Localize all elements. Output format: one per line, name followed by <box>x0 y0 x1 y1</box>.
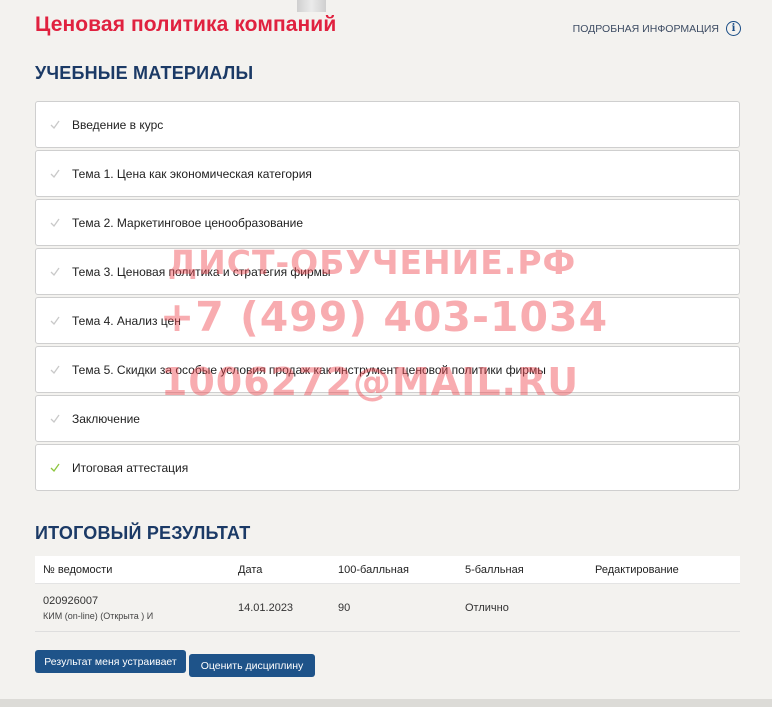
check-icon <box>50 267 60 277</box>
materials-heading: УЧЕБНЫЕ МАТЕРИАЛЫ <box>35 63 253 84</box>
material-label: Итоговая аттестация <box>72 461 188 475</box>
column-header-doc-no: № ведомости <box>35 556 230 584</box>
column-header-score5: 5-балльная <box>457 556 587 584</box>
doc-number: 020926007 <box>43 595 230 607</box>
doc-type: КИМ (on-line) (Открыта ) И <box>43 611 230 621</box>
table-row: 020926007 КИМ (on-line) (Открыта ) И 14.… <box>35 584 740 632</box>
footer-bar <box>0 699 772 707</box>
check-icon <box>50 169 60 179</box>
material-label: Тема 2. Маркетинговое ценообразование <box>72 216 303 230</box>
check-icon <box>50 414 60 424</box>
material-item[interactable]: Тема 1. Цена как экономическая категория <box>35 150 740 197</box>
material-item[interactable]: Тема 2. Маркетинговое ценообразование <box>35 199 740 246</box>
column-header-score100: 100-балльная <box>330 556 457 584</box>
material-item[interactable]: Введение в курс <box>35 101 740 148</box>
material-item[interactable]: Тема 4. Анализ цен <box>35 297 740 344</box>
avatar-thumbnail <box>297 0 326 12</box>
info-icon: i <box>726 21 741 36</box>
material-label: Тема 5. Скидки за особые условия продаж … <box>72 363 546 377</box>
cell-date: 14.01.2023 <box>230 584 330 632</box>
check-icon <box>50 120 60 130</box>
material-item[interactable]: Заключение <box>35 395 740 442</box>
material-item[interactable]: Итоговая аттестация <box>35 444 740 491</box>
materials-list: Введение в курсТема 1. Цена как экономич… <box>35 101 740 493</box>
cell-score100: 90 <box>330 584 457 632</box>
check-icon <box>50 218 60 228</box>
details-link-label: ПОДРОБНАЯ ИНФОРМАЦИЯ <box>573 23 719 35</box>
check-icon <box>50 316 60 326</box>
column-header-date: Дата <box>230 556 330 584</box>
material-label: Тема 4. Анализ цен <box>72 314 181 328</box>
material-item[interactable]: Тема 3. Ценовая политика и стратегия фир… <box>35 248 740 295</box>
course-title: Ценовая политика компаний <box>35 13 336 37</box>
material-label: Тема 1. Цена как экономическая категория <box>72 167 312 181</box>
cell-score5: Отлично <box>457 584 587 632</box>
check-icon <box>50 365 60 375</box>
material-label: Тема 3. Ценовая политика и стратегия фир… <box>72 265 331 279</box>
material-label: Заключение <box>72 412 140 426</box>
accept-result-button[interactable]: Результат меня устраивает <box>35 650 186 673</box>
table-header-row: № ведомости Дата 100-балльная 5-балльная… <box>35 556 740 584</box>
result-heading: ИТОГОВЫЙ РЕЗУЛЬТАТ <box>35 523 250 544</box>
cell-edit <box>587 584 740 632</box>
column-header-edit: Редактирование <box>587 556 740 584</box>
material-label: Введение в курс <box>72 118 163 132</box>
cell-doc: 020926007 КИМ (on-line) (Открыта ) И <box>35 584 230 632</box>
result-table: № ведомости Дата 100-балльная 5-балльная… <box>35 556 740 632</box>
material-item[interactable]: Тема 5. Скидки за особые условия продаж … <box>35 346 740 393</box>
details-link[interactable]: ПОДРОБНАЯ ИНФОРМАЦИЯ i <box>573 21 741 36</box>
rate-discipline-button[interactable]: Оценить дисциплину <box>189 654 315 677</box>
check-icon <box>50 463 60 473</box>
